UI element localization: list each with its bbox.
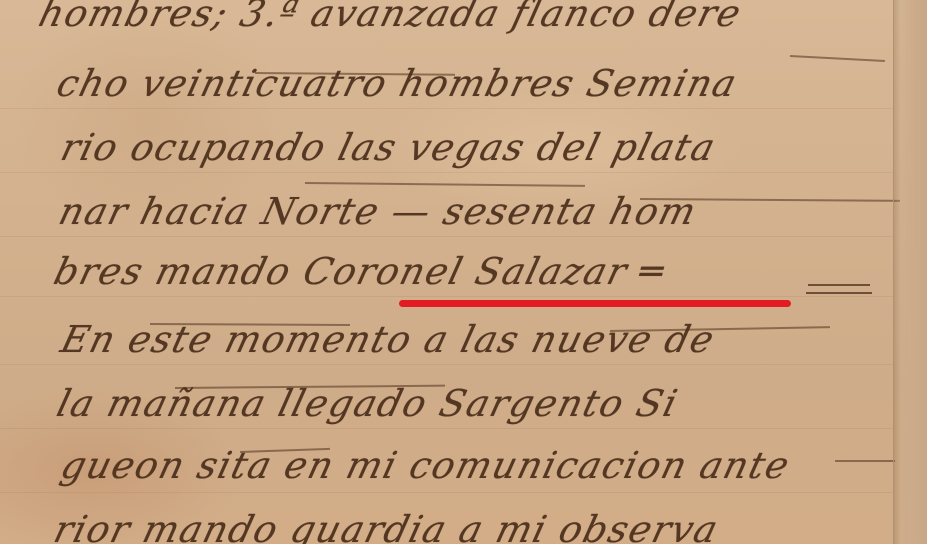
double-dash-mark xyxy=(808,284,870,286)
ruled-line xyxy=(0,492,893,493)
double-dash-mark xyxy=(806,292,872,294)
red-annotation-underline xyxy=(399,300,791,307)
pen-flourish xyxy=(305,182,585,186)
manuscript-line-9: rior mando guardia a mi observa xyxy=(0,0,893,56)
line-text: la mañana llegado Sargento Si xyxy=(53,382,683,425)
ruled-line xyxy=(0,364,893,365)
ruled-line xyxy=(0,172,893,173)
line-text: En este momento a las nueve de xyxy=(57,318,720,361)
ruled-line xyxy=(0,108,893,109)
paper-fold-edge xyxy=(893,0,927,544)
ruled-line xyxy=(0,428,893,429)
pen-flourish xyxy=(835,460,895,462)
manuscript-page: hombres; 3.ª avanzada flanco dere cho ve… xyxy=(0,0,927,544)
line-text: rior mando guardia a mi observa xyxy=(50,508,724,544)
line-text: cho veinticuatro hombres Semina xyxy=(53,62,742,105)
line-text: nar hacia Norte — sesenta hom xyxy=(55,190,702,233)
ruled-line xyxy=(0,296,893,297)
line-text: bres mando Coronel Salazar ═ xyxy=(50,250,670,293)
line-text: gueon sita en mi comunicacion ante xyxy=(57,444,795,487)
line-text: rio ocupando las vegas del plata xyxy=(57,126,721,169)
ruled-line xyxy=(0,236,893,237)
